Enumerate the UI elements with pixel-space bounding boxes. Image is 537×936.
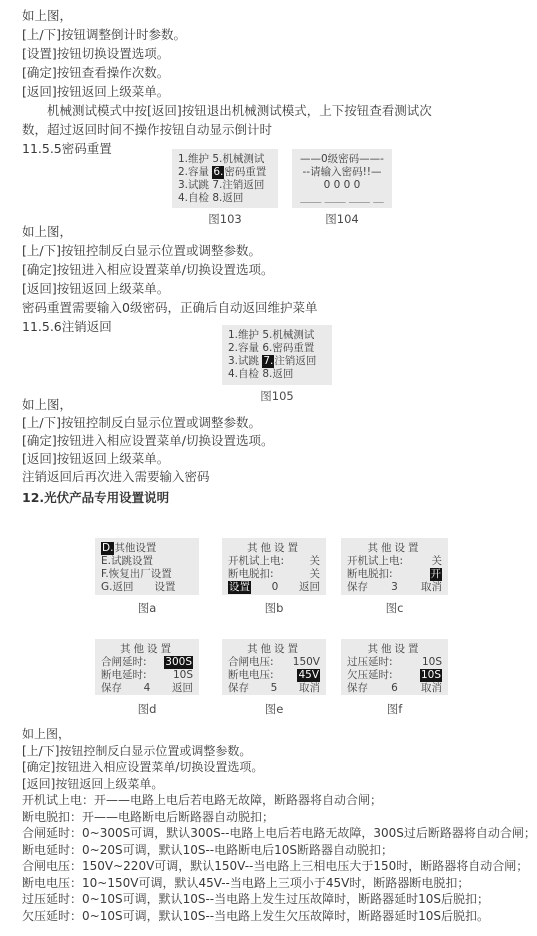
screen-line: 4.自检 8.返回 [228, 368, 326, 381]
text-line: [确定]按钮进入相应设置菜单/切换设置选项。 [22, 432, 273, 450]
screen-text: 4 [144, 682, 151, 695]
screen-text: 取消 [299, 682, 320, 695]
screen-text: 开机试上电: [347, 555, 403, 568]
screen-line: 其他设置 [347, 643, 442, 656]
screen-text: 4.自检 8.返回 [228, 368, 293, 381]
text-line: 断电脱扣：开——电路断电后断路器自动脱扣； [22, 809, 536, 826]
screen-text: F.恢复出厂设置 [101, 568, 172, 581]
lcd-screen-fig-a: D.其他设置E.试跳设置F.恢复出厂设置G.返回 设置 [95, 538, 199, 595]
screen-text: 10S [173, 669, 193, 682]
text-line: 开机试上电：开——电路上电后若电路无故障，断路器将自动合闸； [22, 792, 536, 809]
lcd-screen-fig103: 1.维护 5.机械测试2.容量 6.密码重置3.试跳 7.注销返回4.自检 8.… [172, 149, 278, 208]
screen-text: 其他设置 [114, 542, 156, 555]
text-line: [返回]按钮返回上级菜单。 [22, 279, 317, 298]
instructions-block-pv-settings: 如上图， [上/下]按钮控制反白显示位置或调整参数。 [确定]按钮进入相应设置菜… [22, 726, 536, 924]
screen-text: 返回 [299, 581, 320, 594]
figure-caption: 图d [95, 701, 199, 717]
screen-text: 开机试上电: [228, 555, 284, 568]
screen-text: 其他设置 [247, 542, 301, 555]
figure-caption: 图b [222, 600, 326, 616]
highlighted-value: 6. [212, 166, 224, 179]
screen-line: 1.维护 5.机械测试 [228, 329, 326, 342]
screen-text: 取消 [421, 682, 442, 695]
screen-line: E.试跳设置 [101, 555, 193, 568]
text-line: [返回]按钮返回上级菜单。 [22, 776, 536, 793]
lcd-screen-fig105: 1.维护 5.机械测试2.容量 6.密码重置3.试跳 7.注销返回4.自检 8.… [222, 325, 332, 385]
screen-text: 0 0 0 0 [324, 179, 361, 192]
text-line: [上/下]按钮控制反白显示位置或调整参数。 [22, 743, 536, 760]
text-line: [上/下]按钮调整倒计时参数。 [22, 25, 432, 44]
screen-line: --请输入密码!!— [298, 166, 386, 179]
text-line: [设置]按钮切换设置选项。 [22, 44, 432, 63]
screen-text: ＿＿ ＿＿ ＿＿ ＿ [300, 192, 384, 205]
screen-text: 返回 [172, 682, 193, 695]
screen-text: 欠压延时: [347, 669, 393, 682]
text-line: [确定]按钮进入相应设置菜单/切换设置选项。 [22, 260, 317, 279]
screen-text: 其他设置 [368, 643, 422, 656]
text-line: 注销返回后再次进入需要输入密码 [22, 468, 273, 486]
highlighted-value: 开 [430, 568, 443, 581]
screen-line: 保存6取消 [347, 682, 442, 695]
text-line: 如上图， [22, 222, 317, 241]
instructions-block-countdown: 如上图， [上/下]按钮调整倒计时参数。 [设置]按钮切换设置选项。 [确定]按… [22, 6, 432, 158]
lcd-screen-fig-d: 其他设置合闸延时:300S断电延时:10S保存4返回 [95, 639, 199, 695]
figure-caption: 图f [341, 701, 448, 717]
manual-page: 如上图， [上/下]按钮调整倒计时参数。 [设置]按钮切换设置选项。 [确定]按… [0, 0, 537, 936]
screen-line: 0 0 0 0 [298, 179, 386, 192]
screen-text: 其他设置 [368, 542, 422, 555]
screen-text: 3.试跳 7.注销返回 [178, 179, 264, 192]
screen-line: 保存5取消 [228, 682, 320, 695]
text-line: 密码重置需要输入0级密码，正确后自动返回维护菜单 [22, 298, 317, 317]
text-line: 如上图， [22, 396, 273, 414]
highlighted-value: 设置 [228, 581, 251, 594]
text-line: 数，超过返回时间不操作按钮自动显示倒计时 [22, 120, 432, 139]
screen-line: G.返回 设置 [101, 581, 193, 594]
screen-text: 其他设置 [247, 643, 301, 656]
text-line: [确定]按钮进入相应设置菜单/切换设置选项。 [22, 759, 536, 776]
instructions-block-logout: 如上图， [上/下]按钮控制反白显示位置或调整参数。 [确定]按钮进入相应设置菜… [22, 396, 273, 486]
screen-text: 合闸延时: [101, 656, 147, 669]
text-line: 过压延时：0~10S可调，默认10S--当电路上发生过压故障时，断路器延时10S… [22, 891, 536, 908]
screen-line: 合闸电压:150V [228, 656, 320, 669]
screen-line: 欠压延时:10S [347, 669, 442, 682]
screen-line: 开机试上电:关 [228, 555, 320, 568]
screen-text: 注销返回 [274, 355, 316, 368]
screen-text: 过压延时: [347, 656, 393, 669]
lcd-screen-fig104: ——0级密码——---请输入密码!!—0 0 0 0＿＿ ＿＿ ＿＿ ＿ [292, 149, 392, 208]
screen-text: 断电电压: [228, 669, 274, 682]
lcd-screen-fig-c: 其他设置开机试上电:关断电脱扣:开保存3取消 [341, 538, 448, 595]
screen-text: 关 [432, 555, 443, 568]
screen-text: 断电脱扣: [347, 568, 393, 581]
screen-line: 1.维护 5.机械测试 [178, 153, 272, 166]
screen-line: 断电延时:10S [101, 669, 193, 682]
lcd-screen-fig-f: 其他设置过压延时:10S欠压延时:10S保存6取消 [341, 639, 448, 695]
screen-text: 关 [310, 555, 321, 568]
screen-line: ——0级密码——- [298, 153, 386, 166]
screen-text: 合闸电压: [228, 656, 274, 669]
screen-text: 密码重置 [224, 166, 266, 179]
screen-text: 5 [271, 682, 278, 695]
text-line: 机械测试模式中按[返回]按钮退出机械测试模式，上下按钮查看测试次 [22, 101, 432, 120]
instructions-block-password-reset: 如上图， [上/下]按钮控制反白显示位置或调整参数。 [确定]按钮进入相应设置菜… [22, 222, 317, 336]
screen-line: 开机试上电:关 [347, 555, 442, 568]
screen-text: 保存 [101, 682, 122, 695]
text-line: 合闸延时：0~300S可调，默认300S--电路上电后若电路无故障，300S过后… [22, 825, 536, 842]
figure-caption: 图a [95, 600, 199, 616]
screen-text: --请输入密码!!— [303, 166, 382, 179]
screen-line: 2.容量 6.密码重置 [228, 342, 326, 355]
screen-text: G.返回 设置 [101, 581, 175, 594]
text-line: 断电延时：0~20S可调，默认10S--电路断电后10S断路器自动脱扣； [22, 842, 536, 859]
screen-text: 保存 [347, 682, 368, 695]
screen-text: 其他设置 [120, 643, 174, 656]
screen-line: 其他设置 [101, 643, 193, 656]
lcd-screen-fig-e: 其他设置合闸电压:150V断电电压:45V保存5取消 [222, 639, 326, 695]
text-line: [确定]按钮查看操作次数。 [22, 63, 432, 82]
screen-line: ＿＿ ＿＿ ＿＿ ＿ [298, 192, 386, 205]
screen-text: E.试跳设置 [101, 555, 153, 568]
screen-line: 3.试跳 7.注销返回 [178, 179, 272, 192]
lcd-screen-fig-b: 其他设置开机试上电:关断电脱扣:关设置0返回 [222, 538, 326, 595]
text-line: 断电电压：10~150V可调，默认45V--当电路上三项小于45V时，断路器断电… [22, 875, 536, 892]
screen-text: 0 [272, 581, 279, 594]
screen-text: 保存 [228, 682, 249, 695]
screen-text: 1.维护 5.机械测试 [228, 329, 314, 342]
text-line: 合闸电压：150V~220V可调，默认150V--当电路上三相电压大于150时，… [22, 858, 536, 875]
screen-text: 取消 [421, 581, 442, 594]
screen-line: 设置0返回 [228, 581, 320, 594]
screen-line: 4.自检 8.返回 [178, 192, 272, 205]
screen-text: 2.容量 6.密码重置 [228, 342, 314, 355]
text-line: [返回]按钮返回上级菜单。 [22, 450, 273, 468]
screen-line: 其他设置 [347, 542, 442, 555]
screen-text: 6 [391, 682, 398, 695]
screen-text: 关 [310, 568, 321, 581]
highlighted-value: 7. [262, 355, 274, 368]
screen-text: 断电脱扣: [228, 568, 274, 581]
highlighted-value: 45V [297, 669, 320, 682]
figure-caption: 图c [341, 600, 448, 616]
screen-line: 其他设置 [228, 542, 320, 555]
screen-line: 保存4返回 [101, 682, 193, 695]
screen-line: 3.试跳 7.注销返回 [228, 355, 326, 368]
screen-text: ——0级密码——- [300, 153, 384, 166]
text-line: [上/下]按钮控制反白显示位置或调整参数。 [22, 414, 273, 432]
figure-caption: 图e [222, 701, 326, 717]
screen-text: 10S [422, 656, 442, 669]
text-line: 如上图， [22, 726, 536, 743]
highlighted-value: 300S [164, 656, 193, 669]
screen-text: 1.维护 5.机械测试 [178, 153, 264, 166]
screen-text: 2.容量 [178, 166, 212, 179]
text-line: 如上图， [22, 6, 432, 25]
text-line: [返回]按钮返回上级菜单。 [22, 82, 432, 101]
text-line: 欠压延时：0~10S可调，默认10S--当电路上发生欠压故障时，断路器延时10S… [22, 908, 536, 925]
screen-line: 断电脱扣:开 [347, 568, 442, 581]
text-line: [上/下]按钮控制反白显示位置或调整参数。 [22, 241, 317, 260]
section-title-12: 12.光伏产品专用设置说明 [22, 488, 169, 506]
screen-text: 3.试跳 [228, 355, 262, 368]
screen-line: 过压延时:10S [347, 656, 442, 669]
screen-line: 其他设置 [228, 643, 320, 656]
screen-text: 断电延时: [101, 669, 147, 682]
screen-line: 断电脱扣:关 [228, 568, 320, 581]
screen-line: 2.容量 6.密码重置 [178, 166, 272, 179]
highlighted-value: D. [101, 542, 114, 555]
highlighted-value: 10S [420, 669, 442, 682]
screen-line: 合闸延时:300S [101, 656, 193, 669]
screen-line: D.其他设置 [101, 542, 193, 555]
screen-line: F.恢复出厂设置 [101, 568, 193, 581]
screen-text: 4.自检 8.返回 [178, 192, 243, 205]
screen-text: 保存 [347, 581, 368, 594]
screen-text: 150V [293, 656, 320, 669]
screen-line: 保存3取消 [347, 581, 442, 594]
screen-text: 3 [391, 581, 398, 594]
screen-line: 断电电压:45V [228, 669, 320, 682]
